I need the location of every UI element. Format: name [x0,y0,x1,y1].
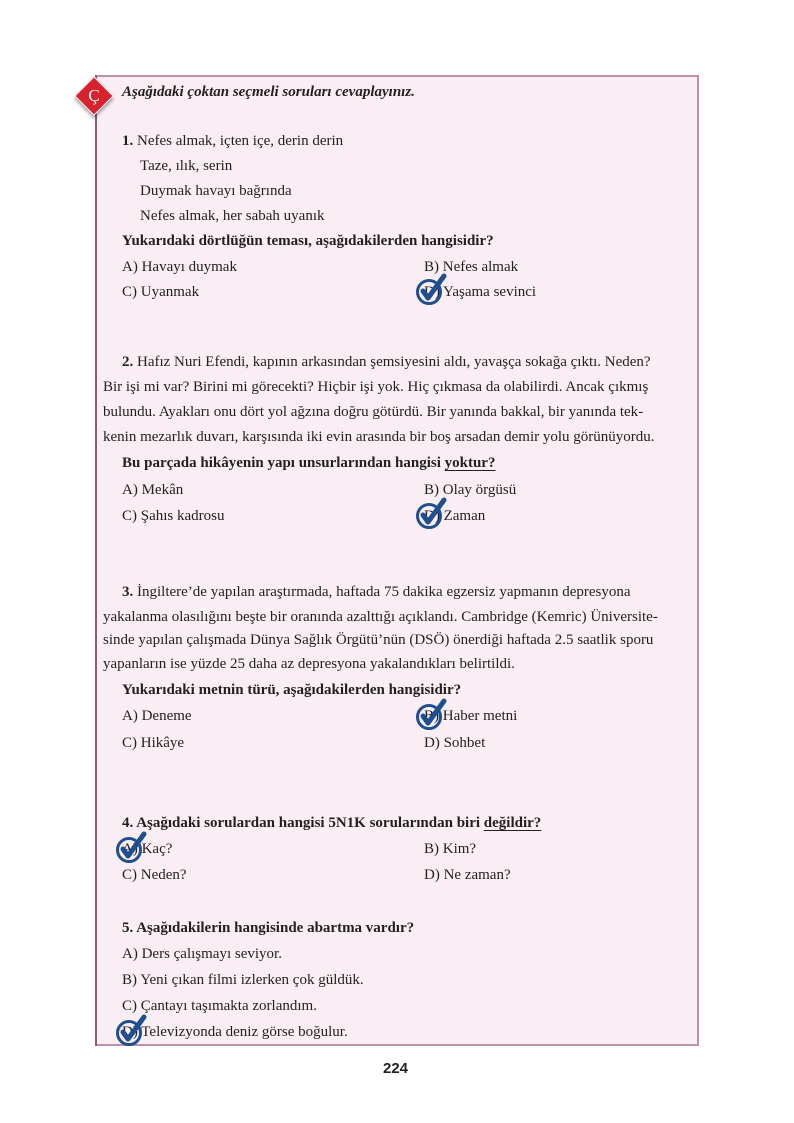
q2-prompt: Bu parçada hikâyenin yapı unsurlarından … [122,455,495,472]
q1-option-c[interactable]: C) Uyanmak [122,284,199,301]
q5-option-b[interactable]: B) Yeni çıkan filmi izlerken çok güldük. [122,972,364,989]
q1-option-a[interactable]: A) Havayı duymak [122,259,237,276]
q1-line-3: Duymak havayı bağrında [140,183,292,200]
q2-option-c[interactable]: C) Şahıs kadrosu [122,508,225,525]
q1-line-1: 1. Nefes almak, içten içe, derin derin [122,133,343,150]
check-mark-icon [114,830,148,864]
section-badge-letter: Ç [80,82,108,110]
q3-option-d[interactable]: D) Sohbet [424,735,485,752]
q2-passage-line-3: bulundu. Ayakları onu dört yol ağzına do… [103,404,643,421]
q1-prompt: Yukarıdaki dörtlüğün teması, aşağıdakile… [122,233,494,250]
q5-prompt: 5. Aşağıdakilerin hangisinde abartma var… [122,920,414,937]
q5-option-d[interactable]: D) Televizyonda deniz görse boğulur. [122,1024,348,1041]
box-left-border [95,75,97,1046]
q5-option-a[interactable]: A) Ders çalışmayı seviyor. [122,946,282,963]
q1-line-2: Taze, ılık, serin [140,158,232,175]
q2-passage-line-2: Bir işi mi var? Birini mi görecekti? Hiç… [103,379,648,396]
q3-passage-line-3: sinde yapılan çalışmada Dünya Sağlık Örg… [103,632,653,649]
q3-prompt: Yukarıdaki metnin türü, aşağıdakilerden … [122,682,461,699]
q4-prompt: 4. Aşağıdaki sorulardan hangisi 5N1K sor… [122,815,541,832]
q2-passage-line-4: kenin mezarlık duvarı, karşısında iki ev… [103,429,655,446]
check-mark-icon [114,1013,148,1047]
section-title: Aşağıdaki çoktan seçmeli soruları cevapl… [122,84,415,101]
q1-line-4: Nefes almak, her sabah uyanık [140,208,325,225]
q4-option-d[interactable]: D) Ne zaman? [424,867,511,884]
q4-option-c[interactable]: C) Neden? [122,867,187,884]
q2-option-a[interactable]: A) Mekân [122,482,183,499]
q3-option-a[interactable]: A) Deneme [122,708,192,725]
q4-option-b[interactable]: B) Kim? [424,841,476,858]
page-number: 224 [383,1060,408,1077]
q3-option-c[interactable]: C) Hikâye [122,735,184,752]
q3-passage-line-2: yakalanma olasılığını beşte bir oranında… [103,609,658,626]
check-mark-icon [414,496,448,530]
q5-option-c[interactable]: C) Çantayı taşımakta zorlandım. [122,998,317,1015]
check-mark-icon [414,272,448,306]
q3-passage-line-1: 3. İngiltere’de yapılan araştırmada, haf… [122,584,631,601]
q3-passage-line-4: yapanların ise yüzde 25 daha az depresyo… [103,656,515,673]
check-mark-icon [414,697,448,731]
q2-passage-line-1: 2. Hafız Nuri Efendi, kapının arkasından… [122,354,651,371]
